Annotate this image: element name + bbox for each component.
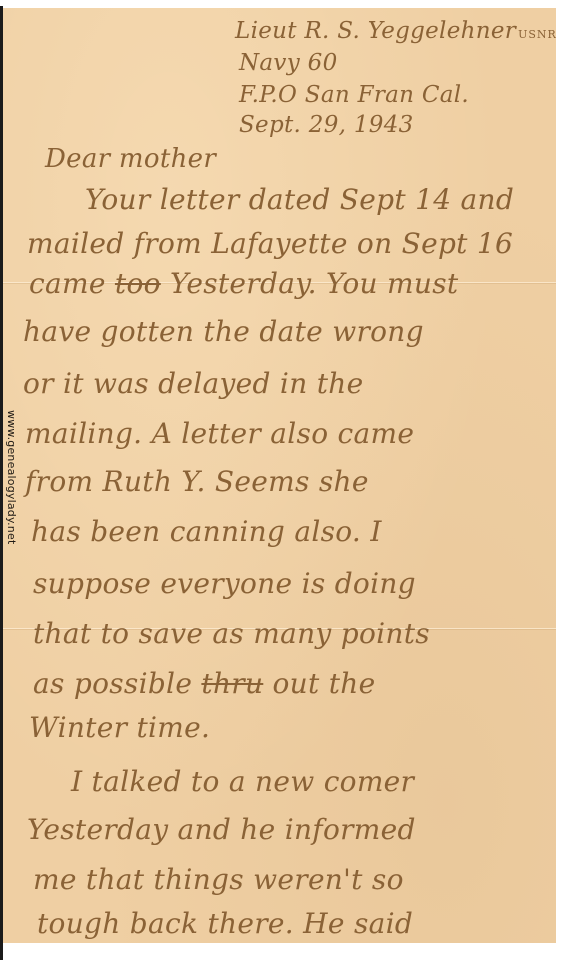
letter-line: I talked to a new comer xyxy=(71,768,414,796)
letter-line: Winter time. xyxy=(29,714,210,742)
letter-date: Sept. 29, 1943 xyxy=(239,112,414,138)
sender-address: F.P.O San Fran Cal. xyxy=(239,82,469,108)
line-text: came xyxy=(29,267,115,300)
struck-word: thru xyxy=(201,667,263,700)
sender-unit: Navy 60 xyxy=(239,50,338,76)
letter-line: from Ruth Y. Seems she xyxy=(25,468,369,496)
letter-line: suppose everyone is doing xyxy=(33,570,416,598)
sender-suffix: USNR xyxy=(518,28,556,41)
salutation: Dear mother xyxy=(45,146,216,172)
letter-line: Yesterday and he informed xyxy=(27,816,416,844)
letter-line: mailing. A letter also came xyxy=(25,420,414,448)
line-text: out the xyxy=(263,667,375,700)
letter-line: came too Yesterday. You must xyxy=(29,270,458,298)
letter-line: has been canning also. I xyxy=(31,518,382,546)
line-text: Yesterday. You must xyxy=(161,267,459,300)
letter-page: Lieut R. S. YeggelehnerUSNR Navy 60 F.P.… xyxy=(3,8,556,943)
watermark-text: www.genealogylady.net xyxy=(5,410,18,544)
letter-line: Your letter dated Sept 14 and xyxy=(85,186,514,214)
letter-line: tough back there. He said xyxy=(37,910,413,938)
letter-line: or it was delayed in the xyxy=(23,370,363,398)
line-text: as possible xyxy=(33,667,201,700)
sender-name-line: Lieut R. S. YeggelehnerUSNR xyxy=(235,18,556,44)
letter-line: that to save as many points xyxy=(33,620,430,648)
letter-line: as possible thru out the xyxy=(33,670,376,698)
letter-line: have gotten the date wrong xyxy=(23,318,424,346)
sender-name: Lieut R. S. Yeggelehner xyxy=(235,18,516,44)
struck-word: too xyxy=(115,267,161,300)
letter-line: me that things weren't so xyxy=(33,866,404,894)
letter-line: mailed from Lafayette on Sept 16 xyxy=(27,230,513,258)
